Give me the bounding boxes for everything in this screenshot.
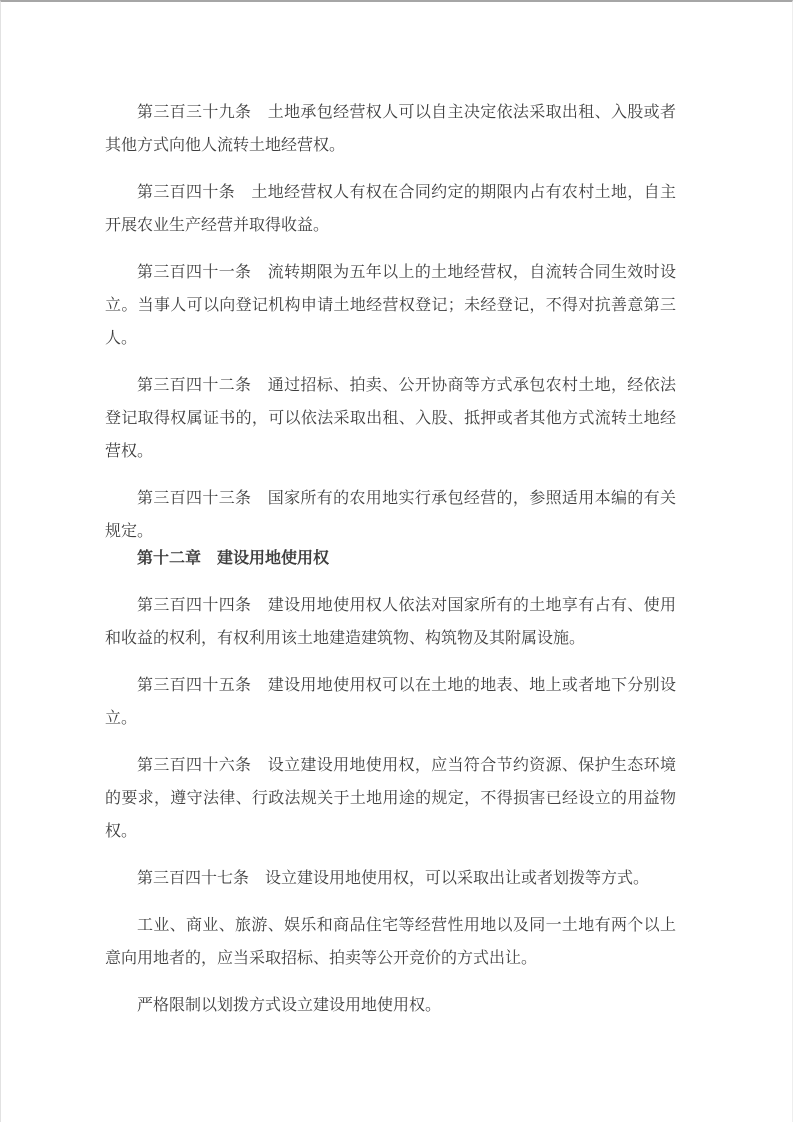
paragraph: 第三百四十三条 国家所有的农用地实行承包经营的，参照适用本编的有关规定。 [105, 482, 676, 548]
document-page: 第三百三十九条 土地承包经营权人可以自主决定依法采取出租、入股或者其他方式向他人… [0, 0, 793, 1122]
paragraph: 第三百四十一条 流转期限为五年以上的土地经营权，自流转合同生效时设立。当事人可以… [105, 256, 676, 355]
document-body: 第三百三十九条 土地承包经营权人可以自主决定依法采取出租、入股或者其他方式向他人… [1, 2, 792, 1022]
paragraph: 第三百三十九条 土地承包经营权人可以自主决定依法采取出租、入股或者其他方式向他人… [105, 96, 676, 162]
paragraph: 第三百四十六条 设立建设用地使用权，应当符合节约资源、保护生态环境的要求，遵守法… [105, 749, 676, 848]
paragraph: 第三百四十四条 建设用地使用权人依法对国家所有的土地享有占有、使用和收益的权利，… [105, 589, 676, 655]
paragraph: 工业、商业、旅游、娱乐和商品住宅等经营性用地以及同一土地有两个以上意向用地者的，… [105, 909, 676, 975]
paragraph: 第三百四十条 土地经营权人有权在合同约定的期限内占有农村土地，自主开展农业生产经… [105, 176, 676, 242]
paragraph: 第三百四十二条 通过招标、拍卖、公开协商等方式承包农村土地，经依法登记取得权属证… [105, 369, 676, 468]
chapter-heading: 第十二章 建设用地使用权 [105, 542, 676, 575]
paragraph: 第三百四十五条 建设用地使用权可以在土地的地表、地上或者地下分别设立。 [105, 669, 676, 735]
paragraph: 第三百四十七条 设立建设用地使用权，可以采取出让或者划拨等方式。 [105, 862, 676, 895]
paragraph: 严格限制以划拨方式设立建设用地使用权。 [105, 989, 676, 1022]
